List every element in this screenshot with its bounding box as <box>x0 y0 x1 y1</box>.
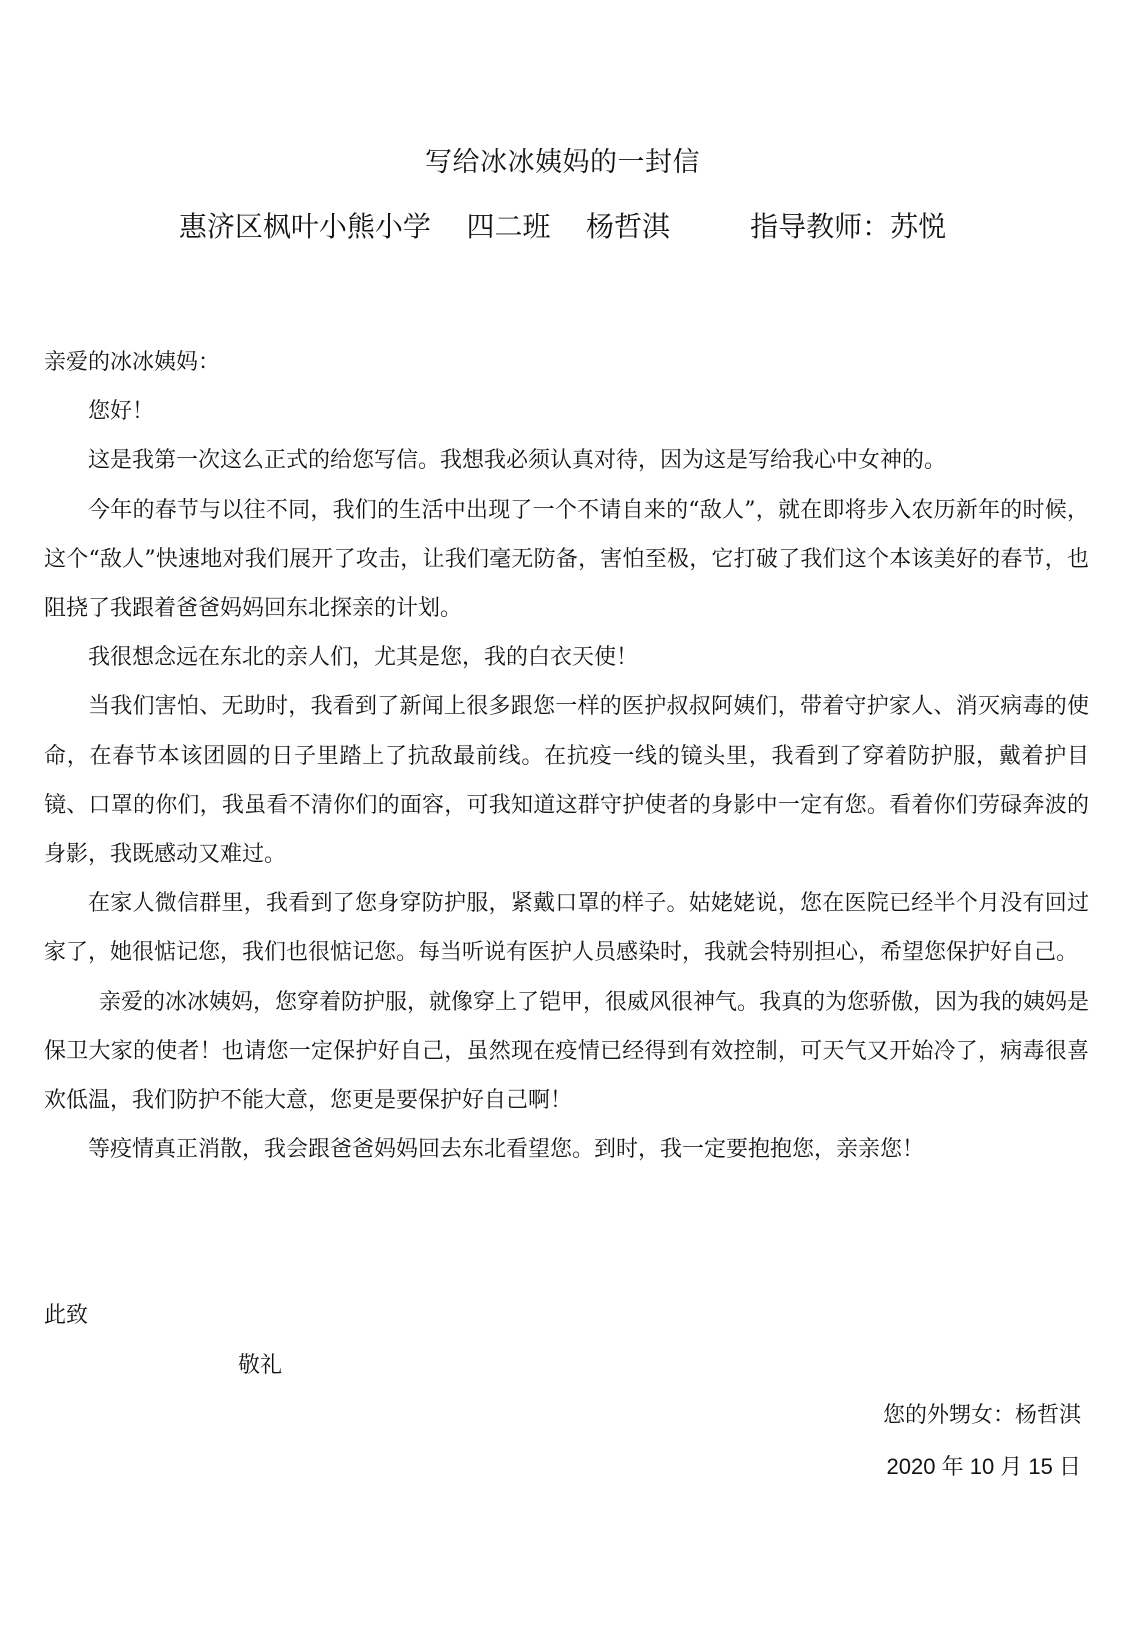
paragraph: 在家人微信群里，我看到了您身穿防护服，紧戴口罩的样子。姑姥姥说，您在医院已经半个… <box>44 879 1089 977</box>
paragraph: 当我们害怕、无助时，我看到了新闻上很多跟您一样的医护叔叔阿姨们，带着守护家人、消… <box>44 682 1089 879</box>
paragraph: 这是我第一次这么正式的给您写信。我想我必须认真对待，因为这是写给我心中女神的。 <box>44 436 1089 485</box>
paragraph: 今年的春节与以往不同，我们的生活中出现了一个不请自来的“敌人”，就在即将步入农历… <box>44 486 1089 634</box>
closing-cizhi: 此致 <box>44 1298 88 1329</box>
paragraph-greeting: 您好！ <box>44 387 1089 436</box>
letter-title: 写给冰冰姨妈的一封信 <box>0 140 1125 179</box>
closing-jingli: 敬礼 <box>238 1348 282 1379</box>
paragraph: 亲爱的冰冰姨妈，您穿着防护服，就像穿上了铠甲，很威风很神气。我真的为您骄傲，因为… <box>44 978 1089 1126</box>
paragraph: 等疫情真正消散，我会跟爸爸妈妈回去东北看望您。到时，我一定要抱抱您，亲亲您！ <box>44 1125 1089 1174</box>
paragraph: 我很想念远在东北的亲人们，尤其是您，我的白衣天使！ <box>44 633 1089 682</box>
signature: 您的外甥女：杨哲淇 <box>883 1398 1081 1429</box>
author-line: 惠济区枫叶小熊小学 四二班 杨哲淇 指导教师：苏悦 <box>0 205 1125 245</box>
salutation: 亲爱的冰冰姨妈： <box>44 338 1089 387</box>
letter-body: 亲爱的冰冰姨妈： 您好！ 这是我第一次这么正式的给您写信。我想我必须认真对待，因… <box>44 338 1089 1174</box>
date: 2020 年 10 月 15 日 <box>887 1450 1081 1481</box>
